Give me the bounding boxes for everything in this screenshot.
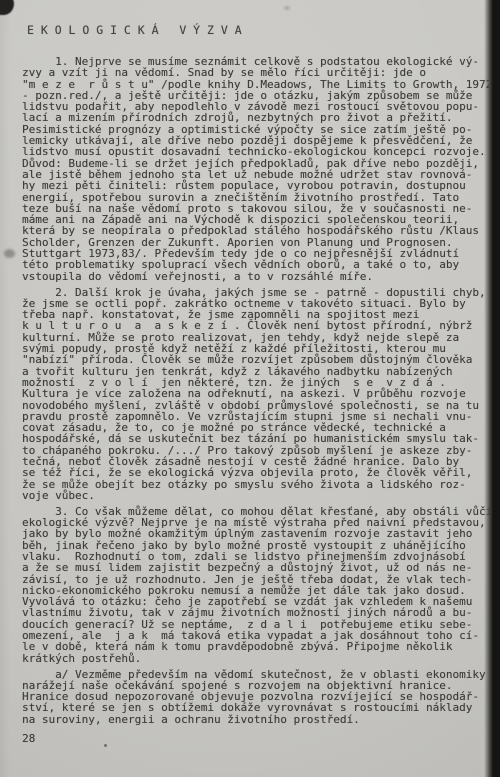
scan-artifact-speck	[104, 744, 107, 747]
scan-artifact-top-left-blob	[0, 0, 14, 15]
scan-artifact-speck	[452, 162, 456, 165]
document-body: 1. Nejprve se musíme seznámit celkově s …	[22, 56, 500, 725]
document-page: E K O L O G I C K Á V Ý Z V A 1. Nejprve…	[0, 0, 500, 777]
page-number: 28	[22, 733, 35, 744]
scan-artifact-right-edge	[484, 0, 500, 777]
paragraph-2: 2. Další krok je úvaha, jakých jsme se -…	[22, 287, 500, 502]
paragraph-1: 1. Nejprve se musíme seznámit celkově s …	[22, 56, 500, 282]
paragraph-3: 3. Co však můžeme dělat, co mohou dělat …	[22, 506, 500, 664]
page-title: E K O L O G I C K Á V Ý Z V A	[27, 24, 242, 36]
scan-artifact-speck	[284, 6, 290, 10]
paragraph-4: a/ Vezměme především na vědomí skutečnos…	[22, 669, 500, 725]
scan-artifact-left-smudge	[4, 249, 15, 258]
